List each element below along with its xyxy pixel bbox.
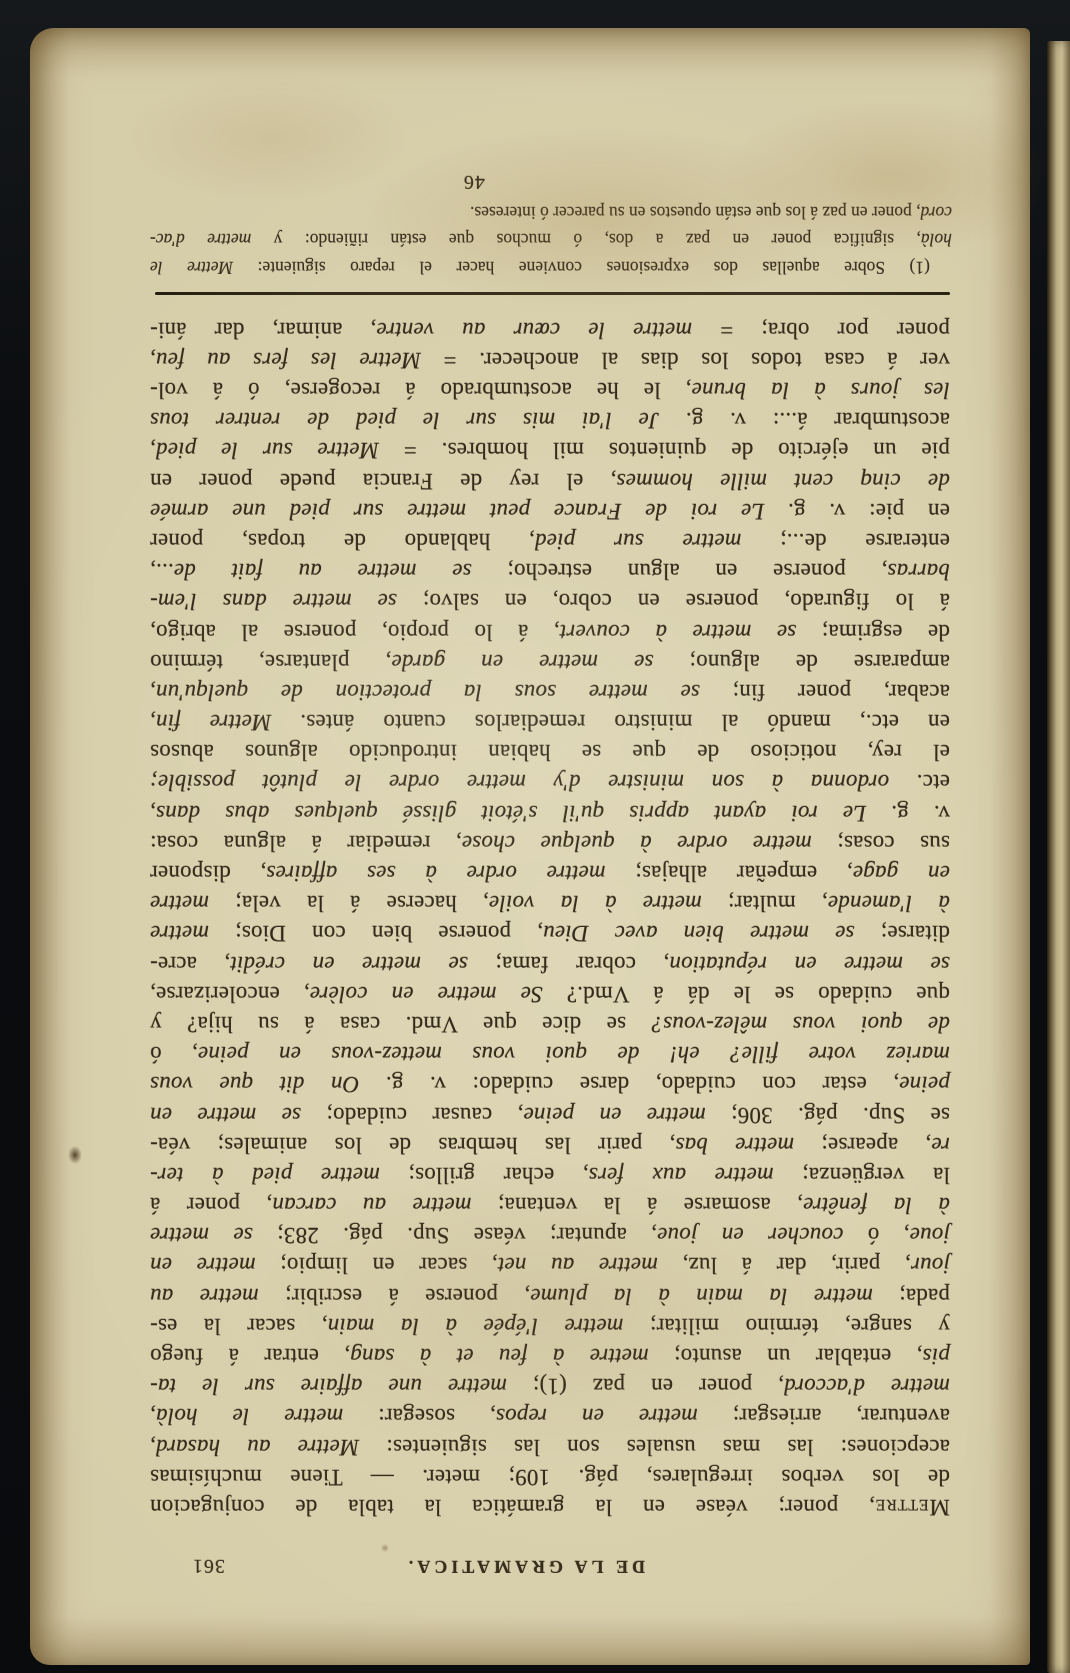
text-line: pie un ejército de quinientos mil hombre… — [150, 435, 950, 465]
text-line: acabar, poner fin; se mettre sous la pro… — [150, 677, 950, 707]
text-line: pis, entablar un asunto; mettre à feu et… — [150, 1341, 950, 1371]
text-line: pada; mettre la main à la plume, ponerse… — [150, 1281, 950, 1311]
text-line: mariez votre fille? eh! de quoi vous met… — [150, 1039, 950, 1069]
dictionary-entry-text: Mettre, poner; véase en la gramática la … — [150, 315, 950, 1523]
text-line: aventurar, arriesgar; mettre en repos, s… — [150, 1401, 950, 1431]
text-line: acostumbrar á...: v. g. Je l'ai mis sur … — [150, 405, 950, 435]
text-line: de quoi vous mêlez-vous? se dice que Vmd… — [150, 1009, 950, 1039]
footnote-text: (1) Sobre aquellas dos expresiones convi… — [150, 199, 952, 282]
text-line: acepciones: las mas usuales son las sigu… — [150, 1431, 950, 1461]
text-line: de esgrima; se mettre à couvert, á lo pr… — [150, 616, 950, 646]
text-line: á lo figurado, ponerse en cobro, en salv… — [150, 586, 950, 616]
text-line: el rey, noticioso de que se habian intro… — [150, 737, 950, 767]
text-line: cord, poner en paz á los que están opues… — [150, 199, 952, 227]
text-line: à la fenêtre, asomarse á la ventana; met… — [150, 1190, 950, 1220]
text-line: Mettre, poner; véase en la gramática la … — [150, 1492, 950, 1522]
running-header-title: DE LA GRAMATICA. — [125, 1556, 925, 1577]
text-line: peine, estar con cuidado, darse cuidado:… — [150, 1069, 950, 1099]
text-line: jour, parir, dar á luz, mettre au net, s… — [150, 1250, 950, 1280]
signature-mark: 46 — [463, 170, 485, 193]
text-line: en gage, empeñar alhajas; mettre ordre à… — [150, 858, 950, 888]
text-line: y sangre, término militar; mettre l'épée… — [150, 1311, 950, 1341]
rotated-scan-container: DE LA GRAMATICA. 361 Mettre, poner; véas… — [0, 0, 1070, 1673]
text-line: re, apearse; mettre bas, parir las hembr… — [150, 1130, 950, 1160]
text-line: sus cosas; mettre ordre à quelque chose,… — [150, 828, 950, 858]
text-line: de cinq cent mille hommes, el rey de Fra… — [150, 465, 950, 495]
text-line: poner por obra; = mettre le cœur au vent… — [150, 315, 950, 345]
text-line: enterarse de...; mettre sur pied, hablan… — [150, 526, 950, 556]
text-line: se Sup. pág. 306; mettre en peine, causa… — [150, 1099, 950, 1129]
text-line: que cuidado se le dá á Vmd.? Se mettre e… — [150, 979, 950, 1009]
text-line: se mettre en réputation, cobrar fama; se… — [150, 948, 950, 978]
book-page: DE LA GRAMATICA. 361 Mettre, poner; véas… — [30, 28, 1030, 1665]
text-line: ver á casa todos los dias al anochecer. … — [150, 345, 950, 375]
text-line: ampararse de alguno; se mettre en garde,… — [150, 647, 950, 677]
text-line: mettre d'accord, poner en paz (1); mettr… — [150, 1371, 950, 1401]
running-header-row: DE LA GRAMATICA. 361 — [150, 1543, 950, 1577]
text-line: joue, ó coucher en joue, apuntar; véase … — [150, 1220, 950, 1250]
text-line: de los verbos irregulares, pág. 109; met… — [150, 1462, 950, 1492]
text-line: v. g. Le roi ayant appris qu'il s'étoit … — [150, 798, 950, 828]
text-line: la vergüenza; mettre aux fers, echar gri… — [150, 1160, 950, 1190]
text-line: en pie: v. g. Le roi de France peut mett… — [150, 496, 950, 526]
text-line: les jours à la brune, le he acostumbrado… — [150, 375, 950, 405]
page-number: 361 — [192, 1554, 225, 1577]
facing-page-edge — [1047, 41, 1070, 1673]
footnote-rule — [155, 292, 950, 295]
text-line: (1) Sobre aquellas dos expresiones convi… — [150, 254, 952, 282]
text-line: à l'amende, multar; mettre à la voile, h… — [150, 888, 950, 918]
text-line: ditarse; se mettre bien avec Dieu, poner… — [150, 918, 950, 948]
text-line: barras, ponerse en algun estrecho; se me… — [150, 556, 950, 586]
text-line: en etc., mandó al ministro remediarlos c… — [150, 707, 950, 737]
text-line: etc. ordonna à son ministre d'y mettre o… — [150, 767, 950, 797]
text-line: holà, significa poner en paz a dos, ó mu… — [150, 226, 952, 254]
